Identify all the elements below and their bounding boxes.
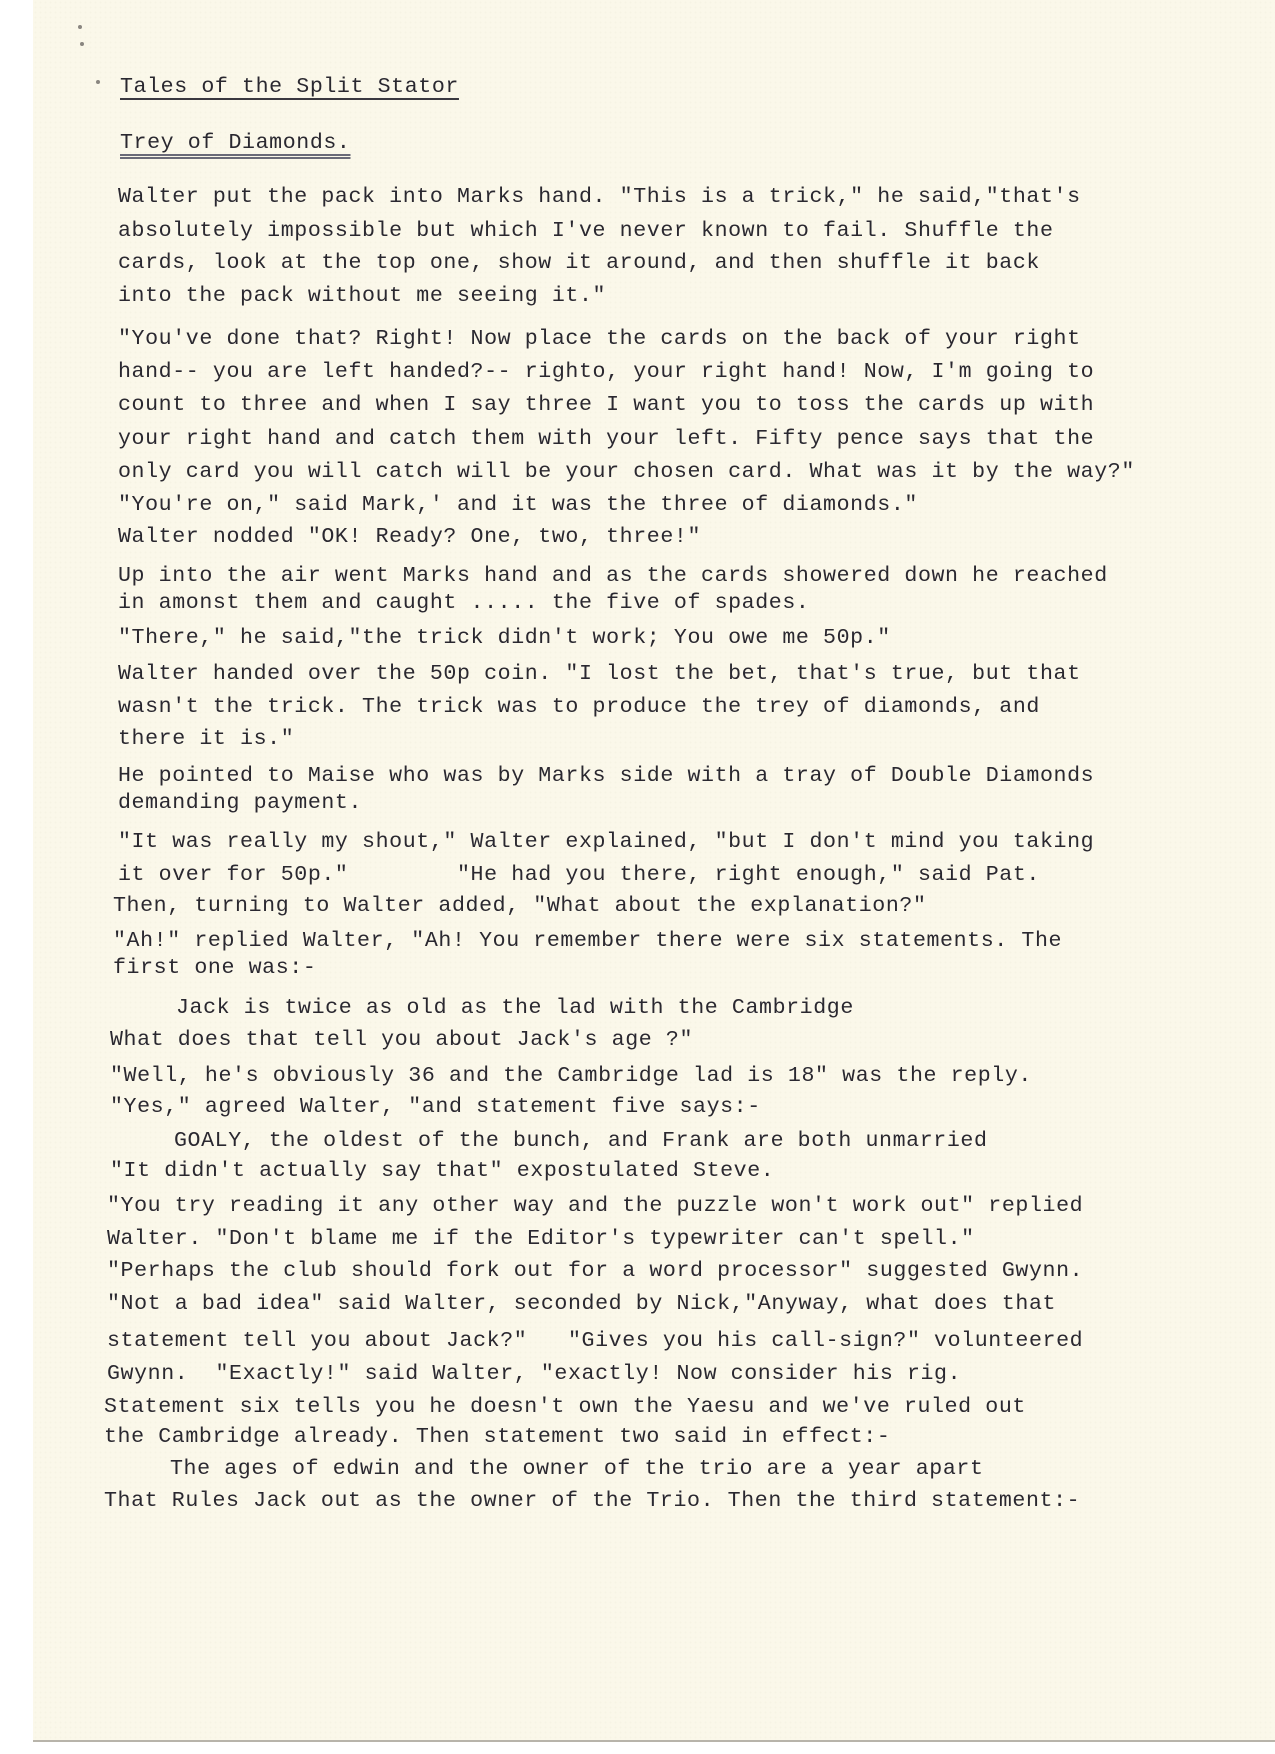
text-line: wasn't the trick. The trick was to produ… — [118, 694, 1040, 720]
text-line: absolutely impossible but which I've nev… — [118, 218, 1054, 244]
text-line: there it is." — [118, 726, 294, 752]
text-line: "You're on," said Mark,' and it was the … — [118, 492, 918, 518]
text-line: Walter nodded "OK! Ready? One, two, thre… — [118, 524, 701, 550]
text-line: Up into the air went Marks hand and as t… — [118, 563, 1108, 589]
text-line: your right hand and catch them with your… — [118, 426, 1094, 452]
quoted-statement-line: The ages of edwin and the owner of the t… — [170, 1456, 984, 1482]
text-line: "There," he said,"the trick didn't work;… — [118, 625, 891, 651]
text-line: "You've done that? Right! Now place the … — [118, 326, 1081, 352]
text-line: Walter handed over the 50p coin. "I lost… — [118, 661, 1081, 687]
document-subtitle: Trey of Diamonds. — [120, 130, 351, 156]
text-line: Walter. "Don't blame me if the Editor's … — [107, 1226, 975, 1252]
text-line: "Not a bad idea" said Walter, seconded b… — [107, 1291, 1056, 1317]
staple-mark — [78, 25, 82, 29]
quoted-statement-line: Jack is twice as old as the lad with the… — [176, 995, 854, 1021]
staple-mark — [80, 42, 84, 46]
text-line: "Well, he's obviously 36 and the Cambrid… — [110, 1063, 1032, 1089]
text-line: only card you will catch will be your ch… — [118, 459, 1135, 485]
text-line: hand-- you are left handed?-- righto, yo… — [118, 359, 1094, 385]
text-line: "Yes," agreed Walter, "and statement fiv… — [110, 1094, 761, 1120]
text-line: Then, turning to Walter added, "What abo… — [113, 893, 927, 919]
text-line: Walter put the pack into Marks hand. "Th… — [118, 184, 1081, 210]
text-line: He pointed to Maise who was by Marks sid… — [118, 763, 1094, 789]
text-line: "Perhaps the club should fork out for a … — [107, 1258, 1083, 1284]
text-line: into the pack without me seeing it." — [118, 283, 606, 309]
text-line: count to three and when I say three I wa… — [118, 392, 1094, 418]
text-line: in amonst them and caught ..... the five… — [118, 590, 809, 616]
text-line: first one was:- — [113, 955, 316, 981]
text-line: it over for 50p." "He had you there, rig… — [118, 862, 1040, 888]
text-line: Gwynn. "Exactly!" said Walter, "exactly!… — [107, 1361, 961, 1387]
text-line: demanding payment. — [118, 790, 362, 816]
document-title: Tales of the Split Stator — [120, 74, 459, 100]
text-line: the Cambridge already. Then statement tw… — [104, 1424, 890, 1450]
text-line: Statement six tells you he doesn't own t… — [104, 1394, 1026, 1420]
quoted-statement-line: GOALY, the oldest of the bunch, and Fran… — [174, 1128, 988, 1154]
text-line: What does that tell you about Jack's age… — [110, 1027, 693, 1053]
text-line: "It was really my shout," Walter explain… — [118, 829, 1094, 855]
staple-mark — [96, 80, 100, 84]
text-line: That Rules Jack out as the owner of the … — [104, 1488, 1080, 1514]
text-line: "It didn't actually say that" expostulat… — [110, 1158, 774, 1184]
text-line: "You try reading it any other way and th… — [107, 1193, 1083, 1219]
text-line: "Ah!" replied Walter, "Ah! You remember … — [113, 928, 1062, 954]
text-line: cards, look at the top one, show it arou… — [118, 250, 1040, 276]
text-line: statement tell you about Jack?" "Gives y… — [107, 1328, 1083, 1354]
